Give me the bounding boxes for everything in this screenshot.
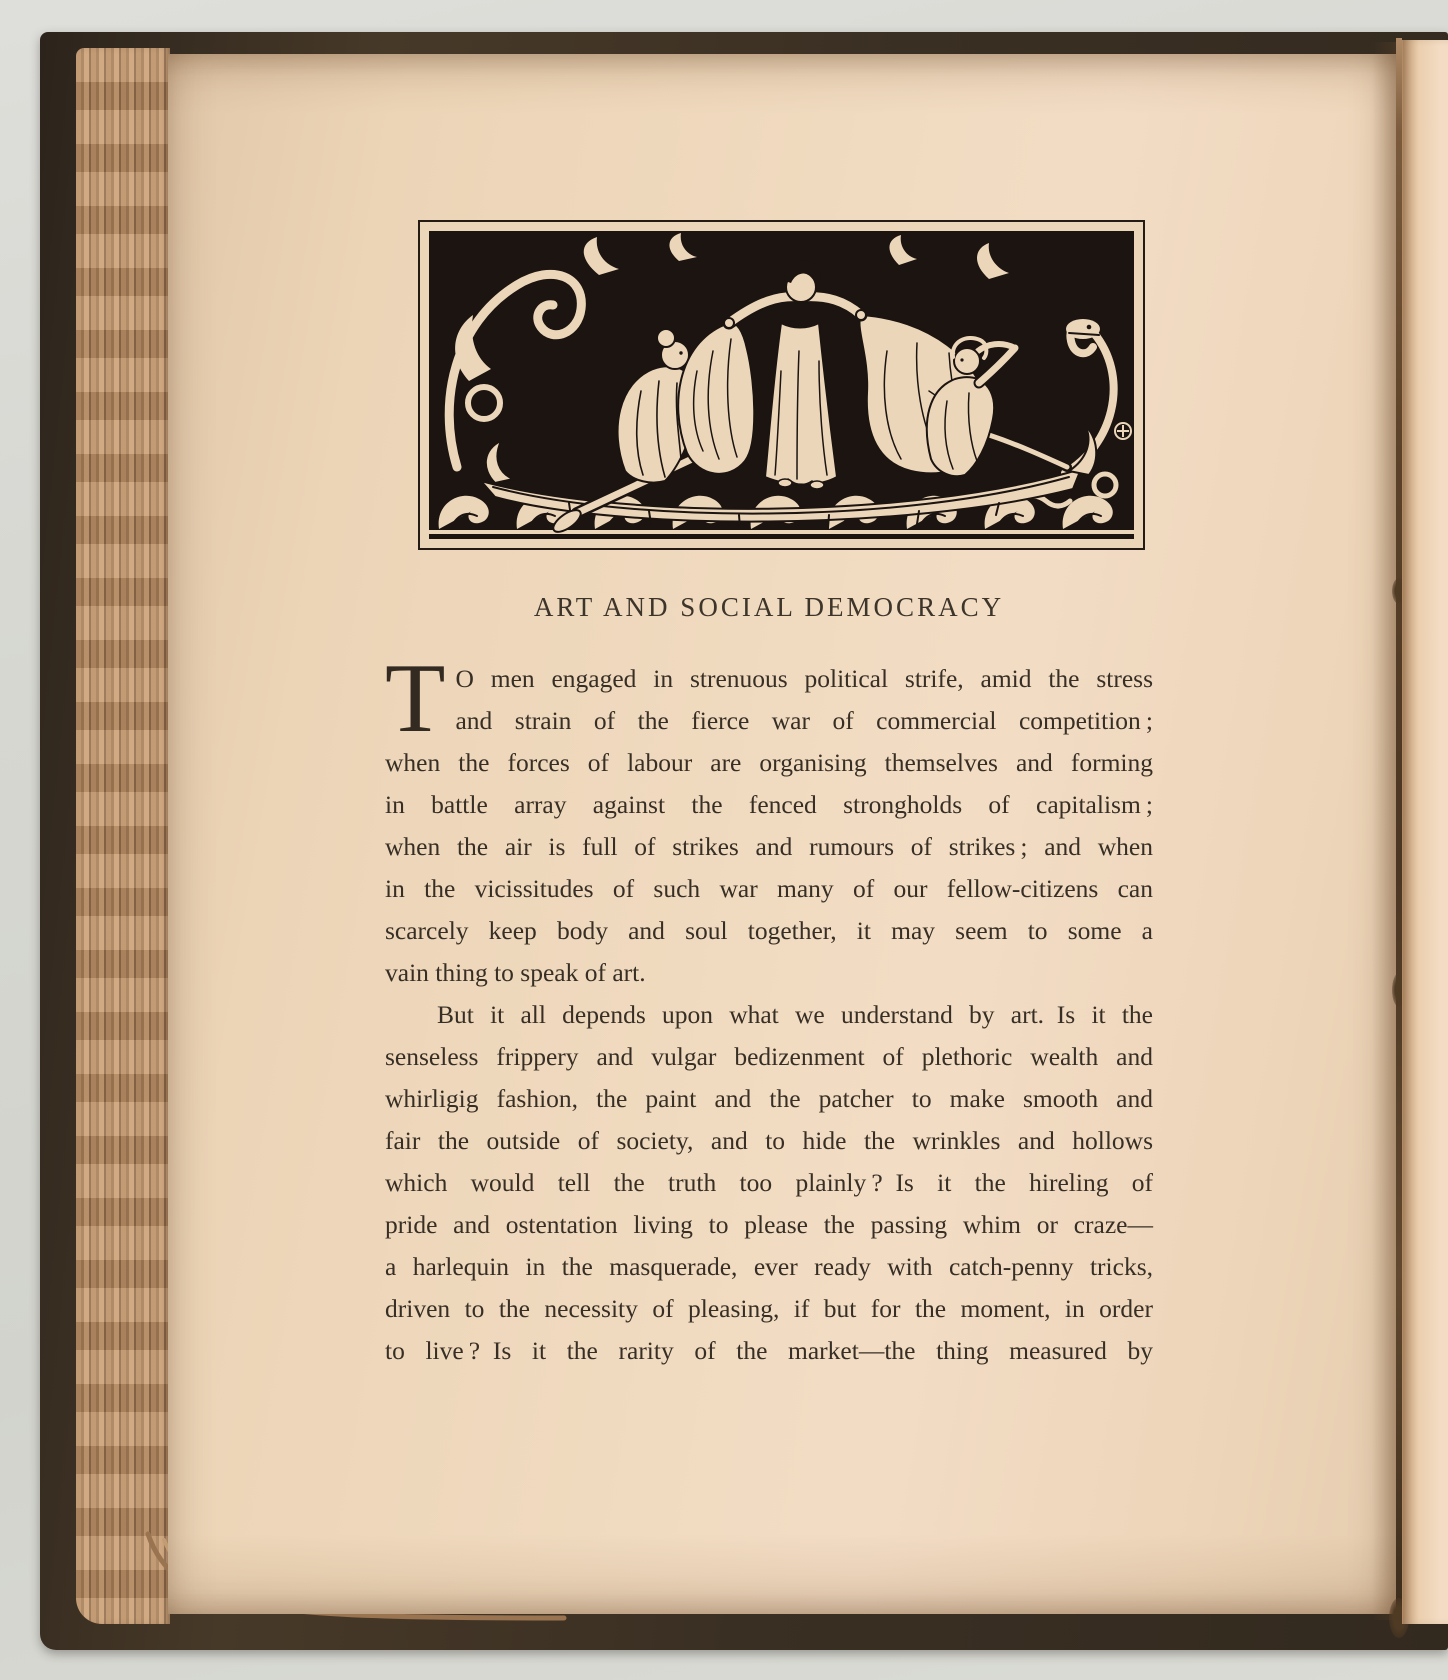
paragraph-2-lines: But it all depends upon what we understa… — [385, 994, 1153, 1372]
text-line: But it all depends upon what we understa… — [385, 994, 1153, 1036]
article-body: T O men engaged in strenuous political s… — [385, 658, 1153, 1372]
text-line: O men engaged in strenuous political str… — [385, 658, 1153, 700]
text-line: which would tell the truth too plainly ?… — [385, 1162, 1153, 1204]
text-line: driven to the necessity of pleasing, if … — [385, 1288, 1153, 1330]
text-line: pride and ostentation living to please t… — [385, 1204, 1153, 1246]
text-line: whirligig fashion, the paint and the pat… — [385, 1078, 1153, 1120]
book-photo: ART AND SOCIAL DEMOCRACY T O men engaged… — [0, 0, 1448, 1680]
text-line: when the air is full of strikes and rumo… — [385, 826, 1153, 868]
page-title: ART AND SOCIAL DEMOCRACY — [385, 592, 1153, 623]
paragraph-1: T O men engaged in strenuous political s… — [385, 658, 1153, 994]
text-line: to live ? Is it the rarity of the market… — [385, 1330, 1153, 1372]
headpiece-illustration — [429, 231, 1134, 539]
text-line: senseless frippery and vulgar bedizenmen… — [385, 1036, 1153, 1078]
facing-page-sliver — [1402, 40, 1448, 1624]
text-line: fair the outside of society, and to hide… — [385, 1120, 1153, 1162]
text-line: in the vicissitudes of such war many of … — [385, 868, 1153, 910]
artist-monogram — [1115, 423, 1131, 439]
page-fore-edge — [76, 48, 170, 1624]
drop-cap: T — [385, 658, 455, 741]
paragraph-1-lines: O men engaged in strenuous political str… — [385, 658, 1153, 994]
text-line: and strain of the fierce war of commerci… — [385, 700, 1153, 742]
text-line: in battle array against the fenced stron… — [385, 784, 1153, 826]
headpiece-frame — [418, 220, 1145, 550]
book-page: ART AND SOCIAL DEMOCRACY T O men engaged… — [168, 54, 1396, 1614]
text-line: a harlequin in the masquerade, ever read… — [385, 1246, 1153, 1288]
text-line: vain thing to speak of art. — [385, 952, 1153, 994]
paragraph-2: But it all depends upon what we understa… — [385, 994, 1153, 1372]
text-line: when the forces of labour are organising… — [385, 742, 1153, 784]
text-line: scarcely keep body and soul together, it… — [385, 910, 1153, 952]
